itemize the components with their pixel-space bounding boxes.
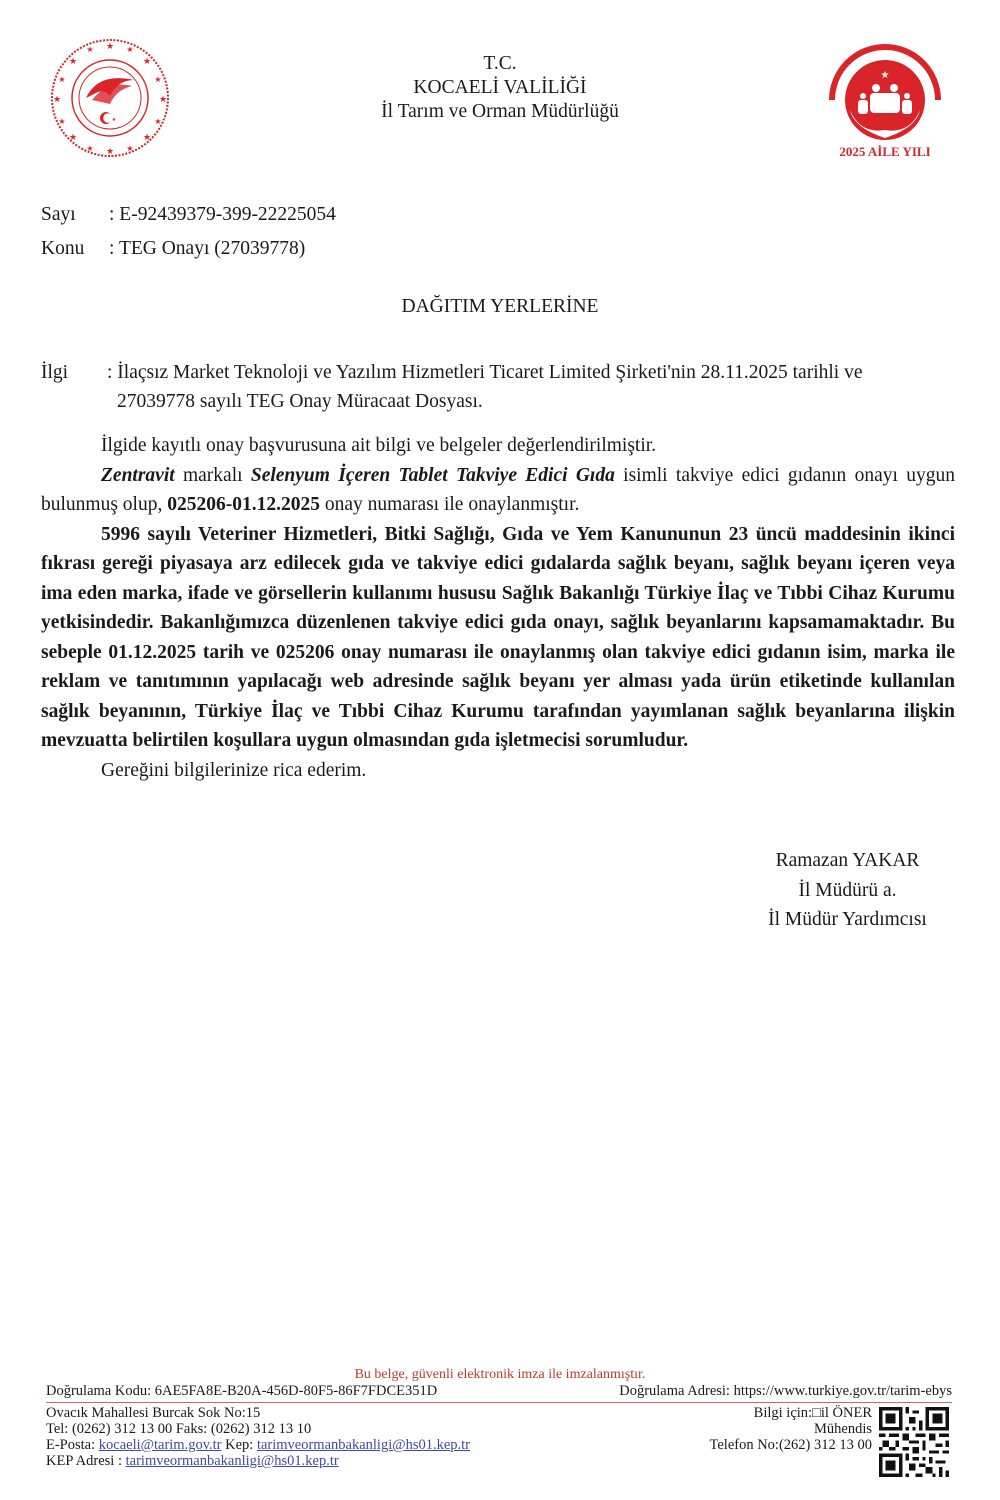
verification-row: Doğrulama Kodu: 6AE5FA8E-B20A-456D-80F5-…: [46, 1383, 952, 1403]
svg-text:★: ★: [126, 144, 133, 153]
info-contact: Bilgi için:□il ÖNER Mühendis Telefon No:…: [640, 1405, 872, 1453]
document-meta: Sayı: E-92439379-399-22225054 Konu: TEG …: [41, 198, 336, 266]
konu-label: Konu: [41, 232, 109, 266]
sayi-label: Sayı: [41, 198, 109, 232]
svg-text:★: ★: [69, 132, 77, 142]
sayi-value: : E-92439379-399-22225054: [109, 204, 336, 225]
kep-address-link[interactable]: tarimveormanbakanligi@hs01.kep.tr: [126, 1453, 339, 1469]
family-year-logo-icon: ★ 2025 AİLE YILI: [820, 30, 950, 160]
signatory-name: Ramazan YAKAR: [740, 846, 955, 876]
esignature-notice: Bu belge, güvenli elektronik imza ile im…: [0, 1367, 1000, 1383]
qr-code-icon: [879, 1407, 949, 1477]
phone-fax: Tel: (0262) 312 13 00 Faks: (0262) 312 1…: [46, 1421, 470, 1437]
svg-text:★: ★: [106, 41, 114, 51]
konu-row: Konu: TEG Onayı (27039778): [41, 232, 336, 266]
kep-link[interactable]: tarimveormanbakanligi@hs01.kep.tr: [257, 1437, 470, 1453]
ilgi-text-2: 27039778 sayılı TEG Onay Müracaat Dosyas…: [117, 387, 951, 416]
signatory-title-2: İl Müdür Yardımcısı: [740, 905, 955, 935]
svg-text:★: ★: [143, 132, 151, 142]
signatory-title-1: İl Müdürü a.: [740, 876, 955, 906]
approval-number: 025206-01.12.2025: [167, 494, 320, 515]
brand-name: Zentravit: [101, 465, 175, 486]
reference-block: İlgi : İlaçsız Market Teknoloji ve Yazıl…: [41, 358, 951, 416]
product-name: Selenyum İçeren Tablet Takviye Edici Gıd…: [251, 465, 615, 486]
konu-value: : TEG Onayı (27039778): [109, 238, 305, 259]
info-person: Bilgi için:□il ÖNER: [640, 1405, 872, 1421]
paragraph-3: 5996 sayılı Veteriner Hizmetleri, Bitki …: [41, 520, 955, 756]
email-row: E-Posta: kocaeli@tarim.gov.tr Kep: tarim…: [46, 1437, 470, 1453]
svg-text:★: ★: [106, 146, 114, 156]
info-phone: Telefon No:(262) 312 13 00: [640, 1437, 872, 1453]
paragraph-2: Zentravit markalı Selenyum İçeren Tablet…: [41, 461, 955, 520]
verification-code: Doğrulama Kodu: 6AE5FA8E-B20A-456D-80F5-…: [46, 1383, 437, 1400]
info-role: Mühendis: [640, 1421, 872, 1437]
distribution-heading: DAĞITIM YERLERİNE: [0, 296, 1000, 318]
verification-address[interactable]: Doğrulama Adresi: https://www.turkiye.go…: [619, 1383, 952, 1400]
ilgi-text: : İlaçsız Market Teknoloji ve Yazılım Hi…: [107, 358, 951, 387]
svg-text:★: ★: [881, 70, 890, 81]
email-link[interactable]: kocaeli@tarim.gov.tr: [99, 1437, 222, 1453]
signature-block: Ramazan YAKAR İl Müdürü a. İl Müdür Yard…: [740, 846, 955, 935]
ilgi-label: İlgi: [41, 358, 68, 387]
kep-address-row: KEP Adresi : tarimveormanbakanligi@hs01.…: [46, 1453, 470, 1469]
sayi-row: Sayı: E-92439379-399-22225054: [41, 198, 336, 232]
paragraph-1: İlgide kayıtlı onay başvurusuna ait bilg…: [41, 431, 955, 461]
address: Ovacık Mahallesi Burcak Sok No:15: [46, 1405, 470, 1421]
svg-text:★: ★: [86, 144, 93, 153]
paragraph-4: Gereğini bilgilerinize rica ederim.: [41, 756, 955, 786]
letter-body: İlgide kayıtlı onay başvurusuna ait bilg…: [41, 431, 955, 785]
contact-details: Ovacık Mahallesi Burcak Sok No:15 Tel: (…: [46, 1405, 470, 1469]
svg-text:2025 AİLE YILI: 2025 AİLE YILI: [839, 144, 930, 159]
